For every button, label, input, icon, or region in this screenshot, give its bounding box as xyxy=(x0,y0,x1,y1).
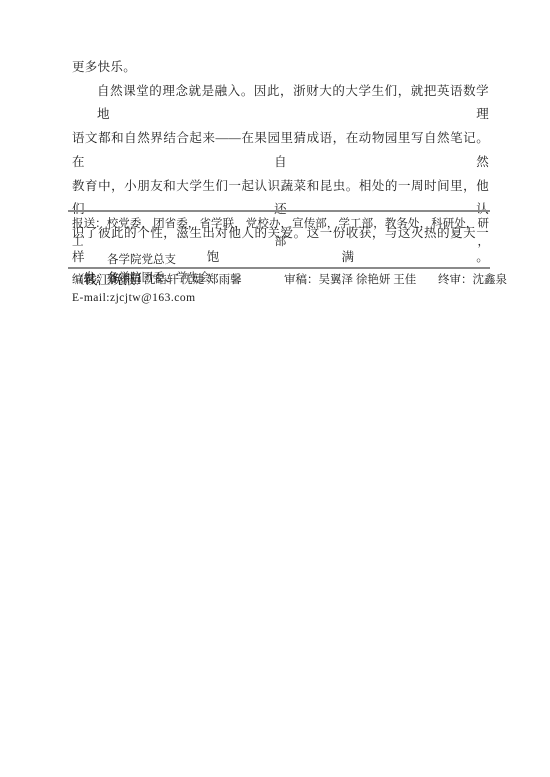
separator-line-bottom xyxy=(68,267,490,269)
article-line: 自然课堂的理念就是融入。因此，浙财大的大学生们，就把英语数学地理 xyxy=(72,80,489,127)
editors-credit: 编辑：蔡添望 沈皓轩 沈婕 郑雨馨 xyxy=(72,271,242,289)
credits-row: 编辑：蔡添望 沈皓轩 沈婕 郑雨馨 审稿：吴翼泽 徐艳妍 王佳 终审：沈鑫泉 xyxy=(72,271,522,289)
article-line: 语文都和自然界结合起来——在果园里猜成语，在动物园里写自然笔记。在自然 xyxy=(72,127,489,174)
separator-line-top xyxy=(68,210,490,212)
final-reviewer-credit: 终审：沈鑫泉 xyxy=(438,271,507,289)
submit-to-line: 报送：校党委，团省委，省学联，党校办，宣传部，学工部，教务处，科研处，研工部， xyxy=(72,215,489,251)
document-page: 更多快乐。 自然课堂的理念就是融入。因此，浙财大的大学生们，就把英语数学地理 语… xyxy=(0,0,550,777)
reviewers-credit: 审稿：吴翼泽 徐艳妍 王佳 xyxy=(284,271,416,289)
article-tail-line: 更多快乐。 xyxy=(72,56,489,80)
contact-email: E-mail:zjcjtw@163.com xyxy=(72,289,196,307)
